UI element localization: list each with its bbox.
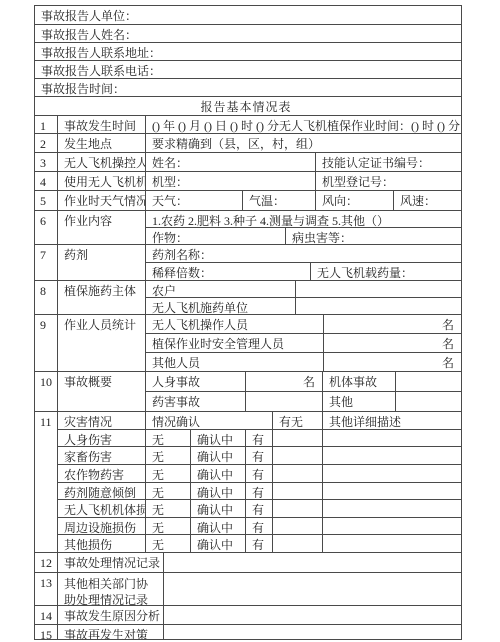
description-cell	[322, 518, 461, 535]
row-pesticide: 7 药剂 药剂名称： 稀释倍数： 无人飞机载药量：	[35, 244, 461, 280]
other-accident-label: 其他	[322, 392, 395, 411]
farmer-value-cell	[295, 281, 461, 297]
location-requirement: 要求精确到（县，区，村，组）	[145, 134, 461, 152]
airframe-accident-label: 机体事故	[322, 372, 395, 391]
yesno-cell	[272, 447, 322, 464]
disaster-row-facility-damage: 周边设施损伤 无 确认中 有	[57, 517, 461, 535]
row-accident-summary: 10 事故概要 人身事故 名 机体事故 药害事故 其他	[35, 371, 461, 411]
row-number: 9	[35, 315, 57, 371]
disaster-row-livestock-injury: 家畜伤害 无 确认中 有	[57, 446, 461, 464]
option-yes: 有	[245, 465, 272, 482]
row-spraying-entity: 8 植保施药主体 农户 无人飞机施药单位	[35, 280, 461, 314]
dilution-field: 稀释倍数：	[145, 263, 310, 280]
row-number: 11	[35, 412, 57, 552]
option-checking: 确认中	[190, 500, 245, 517]
row-label: 事故再发生对策	[57, 625, 163, 639]
row-number: 7	[35, 245, 57, 280]
row-number: 13	[35, 573, 57, 605]
reporter-phone-label: 事故报告人联系电话：	[35, 61, 461, 78]
section-title: 报告基本情况表	[35, 97, 461, 115]
row-assistance-record: 13 其他相关部门协助处理情况记录	[35, 572, 461, 605]
row-label: 其他相关部门协助处理情况记录	[57, 573, 163, 605]
reporter-name-row: 事故报告人姓名：	[35, 24, 461, 42]
farmer-option: 农户	[145, 281, 295, 297]
row-number: 1	[35, 116, 57, 133]
row-label: 事故处理情况记录	[57, 553, 163, 572]
row-number: 12	[35, 553, 57, 572]
airframe-accident-value-cell	[395, 372, 461, 391]
option-yes: 有	[245, 430, 272, 447]
confirm-header: 情况确认	[145, 412, 272, 429]
description-cell	[322, 447, 461, 464]
option-none: 无	[145, 447, 190, 464]
reporter-name-label: 事故报告人姓名：	[35, 25, 461, 42]
option-yes: 有	[245, 500, 272, 517]
report-time-row: 事故报告时间：	[35, 78, 461, 96]
accident-report-table: 事故报告人单位： 事故报告人姓名： 事故报告人联系地址： 事故报告人联系电话： …	[34, 5, 462, 640]
countermeasures-cell	[163, 625, 461, 639]
other-accident-value-cell	[395, 392, 461, 411]
cause-analysis-cell	[163, 606, 461, 624]
row-label: 作业人员统计	[57, 315, 145, 371]
option-checking: 确认中	[190, 447, 245, 464]
other-personnel-count-label: 其他人员	[145, 353, 323, 371]
chemical-accident-label: 药害事故	[145, 392, 245, 411]
yesno-cell	[272, 483, 322, 500]
option-checking: 确认中	[190, 430, 245, 447]
reporter-address-row: 事故报告人联系地址：	[35, 42, 461, 60]
option-checking: 确认中	[190, 465, 245, 482]
yesno-cell	[272, 430, 322, 447]
row-label: 植保施药主体	[57, 281, 145, 314]
disaster-item-label: 其他损伤	[57, 535, 145, 552]
yesno-cell	[272, 465, 322, 482]
row-personnel-stats: 9 作业人员统计 无人飞机操作人员 名 植保作业时安全管理人员 名 其他人员 名	[35, 314, 461, 371]
model-field: 机型：	[145, 172, 315, 190]
row-label: 事故发生时间	[57, 116, 145, 133]
option-none: 无	[145, 518, 190, 535]
option-yes: 有	[245, 483, 272, 500]
weather-field: 天气：	[145, 191, 242, 210]
row-accident-time: 1 事故发生时间 () 年 () 月 () 日 () 时 () 分无人飞机植保作…	[35, 115, 461, 133]
reporter-phone-row: 事故报告人联系电话：	[35, 60, 461, 78]
reporter-unit-label: 事故报告人单位：	[35, 6, 461, 24]
wind-speed-field: 风速：	[393, 191, 461, 210]
row-operator: 3 无人飞机操控人员 姓名： 技能认定证书编号：	[35, 152, 461, 171]
row-number: 10	[35, 372, 57, 411]
row-number: 6	[35, 211, 57, 244]
row-label: 使用无人飞机机型	[57, 172, 145, 190]
description-cell	[322, 535, 461, 552]
option-none: 无	[145, 500, 190, 517]
pesticide-name-field: 药剂名称：	[145, 245, 461, 262]
disaster-item-label: 周边设施损伤	[57, 518, 145, 535]
pest-field: 病虫害等：	[285, 228, 461, 244]
yesno-cell	[272, 535, 322, 552]
option-yes: 有	[245, 447, 272, 464]
row-operation-content: 6 作业内容 1.农药 2.肥料 3.种子 4.测量与调查 5.其他（） 作物：…	[35, 210, 461, 244]
row-aircraft-model: 4 使用无人飞机机型 机型： 机型登记号：	[35, 171, 461, 190]
disaster-item-label: 人身伤害	[57, 430, 145, 447]
disaster-row-crop-damage: 农作物药害 无 确认中 有	[57, 464, 461, 482]
crop-field: 作物：	[145, 228, 285, 244]
report-time-label: 事故报告时间：	[35, 79, 461, 96]
personal-accident-label: 人身事故	[145, 372, 245, 391]
disaster-row-chemical-dumping: 药剂随意倾倒 无 确认中 有	[57, 482, 461, 500]
row-label: 发生地点	[57, 134, 145, 152]
option-none: 无	[145, 483, 190, 500]
disaster-item-label: 无人飞机机体损伤	[57, 500, 145, 517]
disaster-row-airframe-damage: 无人飞机机体损伤 无 确认中 有	[57, 499, 461, 517]
disaster-item-label: 药剂随意倾倒	[57, 483, 145, 500]
yesno-header: 有无	[272, 412, 322, 429]
reporter-unit-row: 事故报告人单位：	[35, 6, 461, 24]
row-disaster-status: 11 灾害情况 情况确认 有无 其他详细描述 人身伤害 无 确认中 有	[35, 411, 461, 552]
option-none: 无	[145, 430, 190, 447]
spray-company-option: 无人飞机施药单位	[145, 298, 295, 314]
row-label: 作业内容	[57, 211, 145, 244]
option-yes: 有	[245, 518, 272, 535]
section-title-row: 报告基本情况表	[35, 96, 461, 115]
option-checking: 确认中	[190, 483, 245, 500]
option-none: 无	[145, 465, 190, 482]
operation-type-options: 1.农药 2.肥料 3.种子 4.测量与调查 5.其他（）	[145, 211, 461, 227]
description-header: 其他详细描述	[322, 412, 461, 429]
row-number: 15	[35, 625, 57, 639]
safety-managers-count-unit: 名	[323, 334, 461, 352]
yesno-cell	[272, 518, 322, 535]
row-label: 药剂	[57, 245, 145, 280]
option-checking: 确认中	[190, 535, 245, 552]
accident-time-value: () 年 () 月 () 日 () 时 () 分无人飞机植保作业时间：() 时 …	[145, 116, 461, 133]
assistance-record-cell	[163, 573, 461, 605]
row-number: 8	[35, 281, 57, 314]
safety-managers-count-label: 植保作业时安全管理人员	[145, 334, 323, 352]
other-personnel-count-unit: 名	[323, 353, 461, 371]
row-location: 2 发生地点 要求精确到（县，区，村，组）	[35, 133, 461, 152]
row-number: 4	[35, 172, 57, 190]
description-cell	[322, 483, 461, 500]
registration-number-field: 机型登记号：	[315, 172, 461, 190]
row-label: 事故概要	[57, 372, 145, 411]
disaster-row-other-damage: 其他损伤 无 确认中 有	[57, 534, 461, 552]
description-cell	[322, 465, 461, 482]
option-none: 无	[145, 535, 190, 552]
row-weather: 5 作业时天气情况 天气： 气温： 风向： 风速：	[35, 190, 461, 210]
row-recurrence-countermeasures: 15 事故再发生对策	[35, 624, 461, 639]
disaster-row-personal-injury: 人身伤害 无 确认中 有	[57, 429, 461, 447]
accident-report-document: 事故报告人单位： 事故报告人姓名： 事故报告人联系地址： 事故报告人联系电话： …	[0, 0, 500, 642]
row-label: 无人飞机操控人员	[57, 153, 145, 171]
spray-company-value-cell	[295, 298, 461, 314]
row-label: 事故发生原因分析	[57, 606, 163, 624]
disaster-item-label: 农作物药害	[57, 465, 145, 482]
row-handling-record: 12 事故处理情况记录	[35, 552, 461, 572]
row-number: 5	[35, 191, 57, 210]
option-checking: 确认中	[190, 518, 245, 535]
row-label: 灾害情况	[57, 412, 145, 429]
option-yes: 有	[245, 535, 272, 552]
personal-accident-unit: 名	[245, 372, 322, 391]
operators-count-label: 无人飞机操作人员	[145, 315, 323, 333]
row-cause-analysis: 14 事故发生原因分析	[35, 605, 461, 624]
row-number: 14	[35, 606, 57, 624]
operators-count-unit: 名	[323, 315, 461, 333]
reporter-address-label: 事故报告人联系地址：	[35, 43, 461, 60]
description-cell	[322, 430, 461, 447]
disaster-item-label: 家畜伤害	[57, 447, 145, 464]
row-number: 2	[35, 134, 57, 152]
row-label: 作业时天气情况	[57, 191, 145, 210]
description-cell	[322, 500, 461, 517]
certificate-number-field: 技能认定证书编号：	[315, 153, 461, 171]
handling-record-cell	[163, 553, 461, 572]
chemical-accident-value-cell	[245, 392, 322, 411]
row-number: 3	[35, 153, 57, 171]
payload-field: 无人飞机载药量：	[310, 263, 461, 280]
temperature-field: 气温：	[242, 191, 315, 210]
wind-direction-field: 风向：	[315, 191, 393, 210]
operator-name-field: 姓名：	[145, 153, 315, 171]
yesno-cell	[272, 500, 322, 517]
